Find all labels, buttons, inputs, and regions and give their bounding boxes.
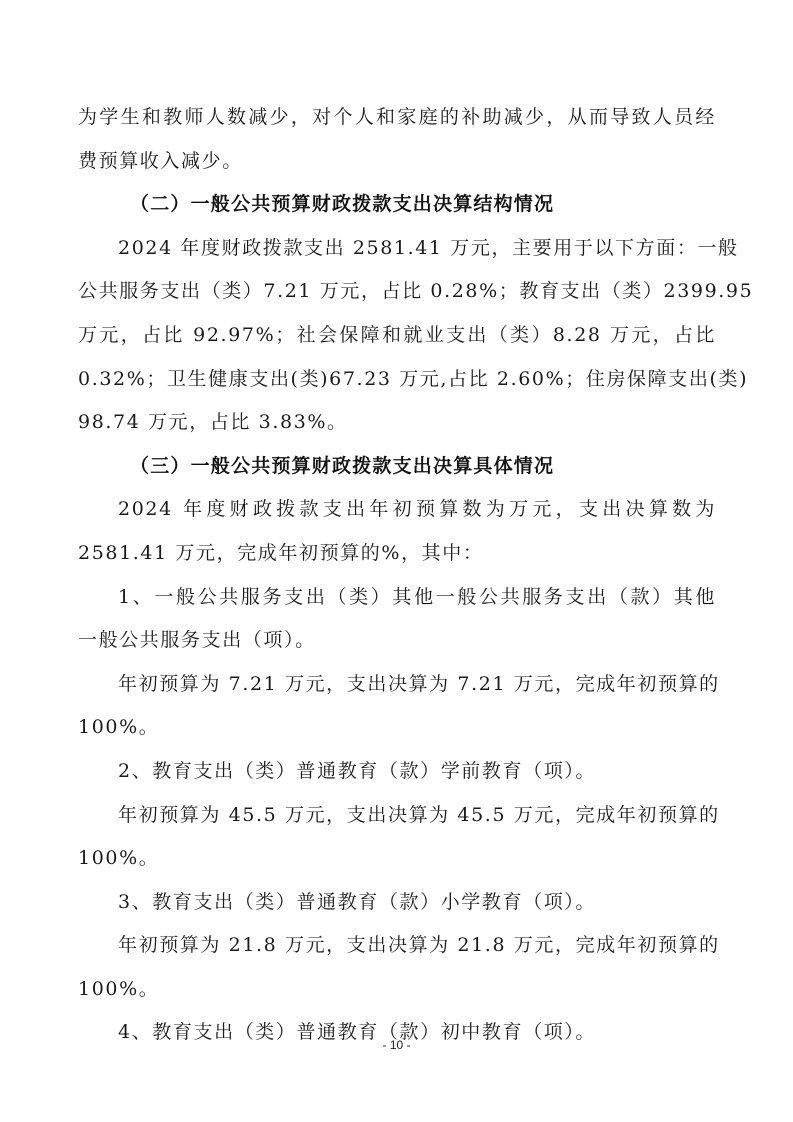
paragraph-line: 费预算收入减少。 bbox=[78, 140, 716, 184]
page-number: - 10 - bbox=[0, 1038, 793, 1052]
paragraph-line: 98.74 万元，占比 3.83%。 bbox=[78, 401, 716, 445]
paragraph-line: 万元，占比 92.97%；社会保障和就业支出（类）8.28 万元，占比 bbox=[78, 314, 716, 358]
paragraph-line: 年初预算为 21.8 万元，支出决算为 21.8 万元，完成年初预算的 bbox=[78, 924, 716, 968]
paragraph-line: 100%。 bbox=[78, 837, 716, 881]
list-item-3: 3、教育支出（类）普通教育（款）小学教育（项）。 bbox=[78, 881, 716, 925]
document-body: 为学生和教师人数减少，对个人和家庭的补助减少，从而导致人员经 费预算收入减少。 … bbox=[78, 96, 716, 1055]
paragraph-line: 2024 年度财政拨款支出年初预算数为万元，支出决算数为 bbox=[78, 488, 716, 532]
paragraph-line: 100%。 bbox=[78, 706, 716, 750]
paragraph-line: 2581.41 万元，完成年初预算的%，其中： bbox=[78, 532, 716, 576]
paragraph-line: 年初预算为 45.5 万元，支出决算为 45.5 万元，完成年初预算的 bbox=[78, 794, 716, 838]
paragraph-line: 2024 年度财政拨款支出 2581.41 万元，主要用于以下方面：一般 bbox=[78, 227, 716, 271]
paragraph-line: 100%。 bbox=[78, 968, 716, 1012]
paragraph-line: 公共服务支出（类）7.21 万元，占比 0.28%；教育支出（类）2399.95 bbox=[78, 270, 716, 314]
list-item-1: 1、一般公共服务支出（类）其他一般公共服务支出（款）其他 bbox=[78, 576, 716, 620]
paragraph-line: 年初预算为 7.21 万元，支出决算为 7.21 万元，完成年初预算的 bbox=[78, 663, 716, 707]
document-page: 为学生和教师人数减少，对个人和家庭的补助减少，从而导致人员经 费预算收入减少。 … bbox=[0, 0, 793, 1122]
section-heading-2: （二）一般公共预算财政拨款支出决算结构情况 bbox=[78, 183, 716, 227]
section-heading-3: （三）一般公共预算财政拨款支出决算具体情况 bbox=[78, 445, 716, 489]
paragraph-line: 为学生和教师人数减少，对个人和家庭的补助减少，从而导致人员经 bbox=[78, 96, 716, 140]
list-item-2: 2、教育支出（类）普通教育（款）学前教育（项）。 bbox=[78, 750, 716, 794]
list-item-1-cont: 一般公共服务支出（项）。 bbox=[78, 619, 716, 663]
paragraph-line: 0.32%；卫生健康支出(类)67.23 万元,占比 2.60%；住房保障支出(… bbox=[78, 358, 716, 402]
